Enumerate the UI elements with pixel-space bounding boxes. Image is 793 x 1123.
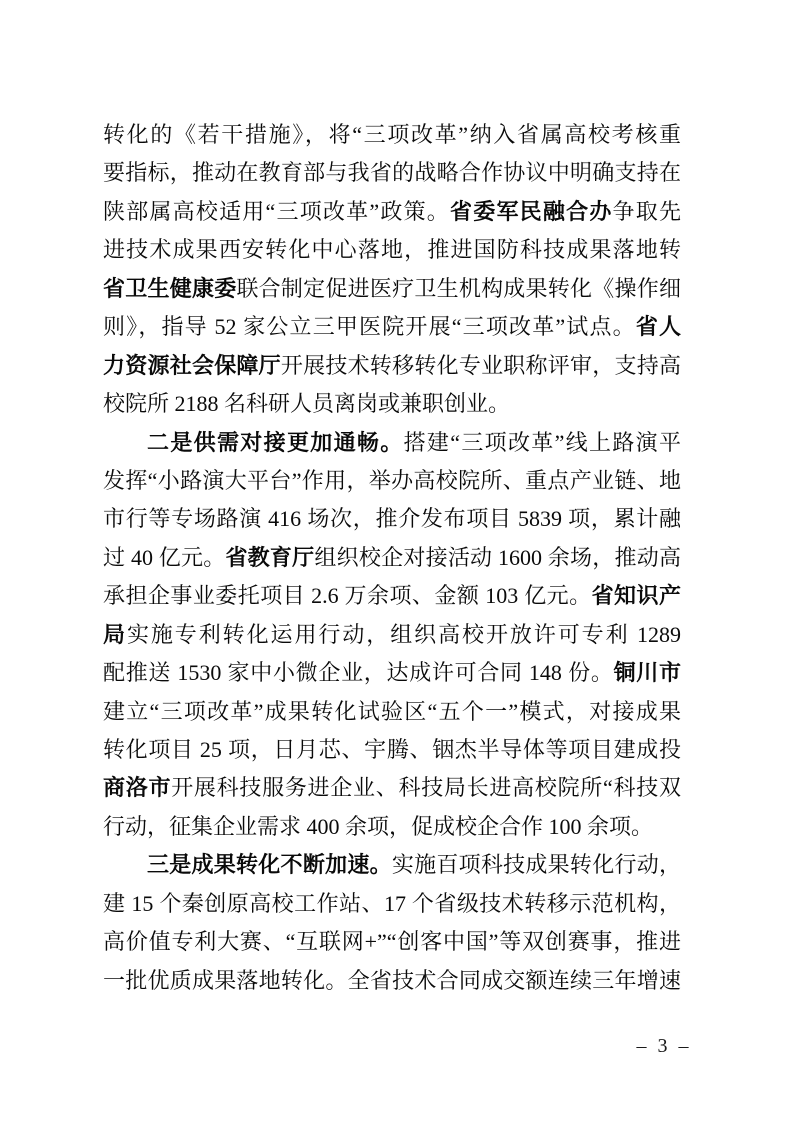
text-line: 三是成果转化不断加速。实施百项科技成果转化行动，组 — [103, 846, 681, 884]
text-line: 商洛市开展科技服务进企业、科技局长进高校院所“科技双进” — [103, 769, 681, 807]
bold-run: 商洛市 — [103, 775, 171, 800]
bold-run: 三是成果转化不断加速。 — [147, 852, 392, 877]
bold-run: 省卫生健康委 — [103, 276, 236, 301]
text-run: 发挥“小路演大平台”作用，举办高校院所、重点产业链、地 — [103, 468, 681, 493]
text-run: 实施专利转化运用行动，组织高校开放许可专利 1289 件，匹 — [103, 622, 681, 654]
text-run: 校院所 2188 名科研人员离岗或兼职创业。 — [103, 391, 510, 416]
bold-run: 铜川市 — [614, 660, 681, 685]
text-line: 转化项目 25 项，日月芯、宇腾、铟杰半导体等项目建成投产。 — [103, 731, 681, 769]
text-line: 行动，征集企业需求 400 余项，促成校企合作 100 余项。 — [103, 808, 681, 846]
text-line: 校院所 2188 名科研人员离岗或兼职创业。 — [103, 385, 681, 423]
text-line: 市行等专场路演 416 场次，推介发布项目 5839 项，累计融资超 — [103, 500, 681, 538]
text-line: 一批优质成果落地转化。全省技术合同成交额连续三年增速超 — [103, 962, 681, 1000]
bold-run: 省教育厅 — [225, 545, 314, 570]
document-page: 转化的《若干措施》，将“三项改革”纳入省属高校考核重要指标，推动在教育部与我省的… — [0, 0, 793, 1123]
text-run: 争取先 — [613, 199, 681, 224]
page-number: – 3 – — [616, 1031, 712, 1061]
text-line: 承担企事业委托项目 2.6 万余项、金额 103 亿元。省知识产权 — [103, 577, 681, 615]
text-run: 过 40 亿元。 — [103, 545, 225, 570]
bold-run: 局 — [103, 622, 127, 647]
document-body: 转化的《若干措施》，将“三项改革”纳入省属高校考核重要指标，推动在教育部与我省的… — [103, 116, 681, 1000]
text-run: 转化项目 25 项，日月芯、宇腾、铟杰半导体等项目建成投产。 — [103, 737, 681, 769]
text-run: 要指标，推动在教育部与我省的战略合作协议中明确支持在 — [103, 160, 681, 185]
text-run: 建立“三项改革”成果转化试验区“五个一”模式，对接成果 — [103, 699, 681, 724]
text-run: 行动，征集企业需求 400 余项，促成校企合作 100 余项。 — [103, 814, 653, 839]
text-line: 省卫生健康委联合制定促进医疗卫生机构成果转化《操作细 — [103, 270, 681, 308]
text-line: 二是供需对接更加通畅。搭建“三项改革”线上路演平台， — [103, 424, 681, 462]
text-run: 市行等专场路演 416 场次，推介发布项目 5839 项，累计融资超 — [103, 506, 681, 538]
text-line: 发挥“小路演大平台”作用，举办高校院所、重点产业链、地 — [103, 462, 681, 500]
text-line: 要指标，推动在教育部与我省的战略合作协议中明确支持在 — [103, 154, 681, 192]
text-run: 配推送 1530 家中小微企业，达成许可合同 148 份。 — [103, 660, 614, 685]
text-line: 则》，指导 52 家公立三甲医院开展“三项改革”试点。省人 — [103, 308, 681, 346]
bold-run: 省委军民融合办 — [450, 199, 613, 224]
text-line: 配推送 1530 家中小微企业，达成许可合同 148 份。铜川市探索 — [103, 654, 681, 692]
text-line: 转化的《若干措施》，将“三项改革”纳入省属高校考核重 — [103, 116, 681, 154]
text-run: 一批优质成果落地转化。全省技术合同成交额连续三年增速超 — [103, 968, 681, 1000]
text-run: 承担企事业委托项目 2.6 万余项、金额 103 亿元。 — [103, 583, 592, 608]
bold-run: 力资源社会保障厅 — [103, 353, 281, 378]
text-run: 陕部属高校适用“三项改革”政策。 — [103, 199, 450, 224]
text-run: 开展技术转移转化专业职称评审，支持高 — [281, 353, 681, 378]
bold-run: 二是供需对接更加通畅。 — [147, 430, 404, 455]
text-line: 力资源社会保障厅开展技术转移转化专业职称评审，支持高 — [103, 347, 681, 385]
text-run: 则》，指导 52 家公立三甲医院开展“三项改革”试点。 — [103, 314, 636, 339]
bold-run: 省人 — [636, 314, 681, 339]
text-run: 开展科技服务进企业、科技局长进高校院所“科技双进” — [103, 775, 681, 807]
text-line: 高价值专利大赛、“互联网+”“创客中国”等双创赛事，推进 — [103, 923, 681, 961]
text-run: 进技术成果西安转化中心落地，推进国防科技成果落地转化。 — [103, 237, 681, 269]
text-line: 建立“三项改革”成果转化试验区“五个一”模式，对接成果 — [103, 693, 681, 731]
text-line: 进技术成果西安转化中心落地，推进国防科技成果落地转化。 — [103, 231, 681, 269]
text-line: 局实施专利转化运用行动，组织高校开放许可专利 1289 件，匹 — [103, 616, 681, 654]
text-line: 建 15 个秦创原高校工作站、17 个省级技术转移示范机构，举办 — [103, 885, 681, 923]
text-line: 过 40 亿元。省教育厅组织校企对接活动 1600 余场，推动高校 — [103, 539, 681, 577]
text-run: 高价值专利大赛、“互联网+”“创客中国”等双创赛事，推进 — [103, 929, 681, 954]
text-line: 陕部属高校适用“三项改革”政策。省委军民融合办争取先 — [103, 193, 681, 231]
text-run: 转化的《若干措施》，将“三项改革”纳入省属高校考核重 — [103, 122, 681, 147]
text-run: 联合制定促进医疗卫生机构成果转化《操作细 — [236, 276, 681, 301]
text-run: 建 15 个秦创原高校工作站、17 个省级技术转移示范机构，举办 — [103, 891, 681, 923]
